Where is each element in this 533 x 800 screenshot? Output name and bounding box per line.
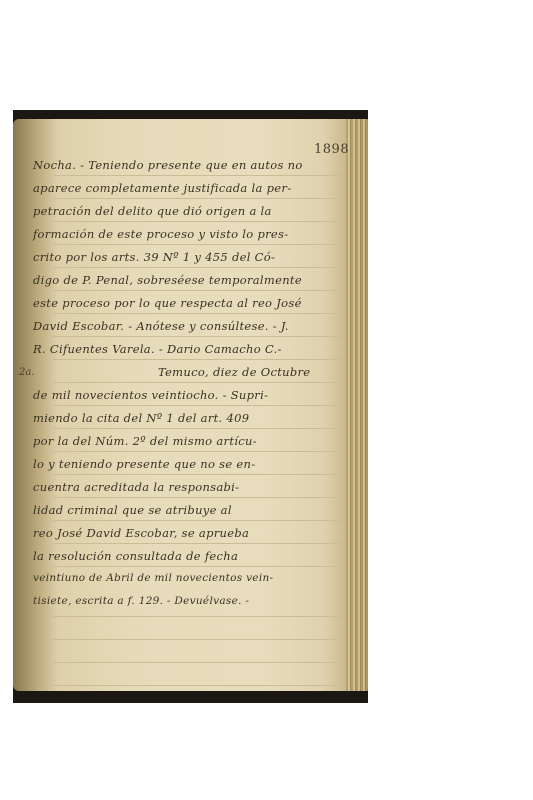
ruled-line bbox=[53, 616, 345, 617]
ruled-line bbox=[53, 405, 345, 406]
ruled-line bbox=[53, 520, 345, 521]
text-line: cuentra acreditada la responsabi- bbox=[33, 480, 239, 494]
ruled-line bbox=[53, 198, 345, 199]
ruled-line bbox=[53, 290, 345, 291]
text-line: veintiuno de Abril de mil novecientos ve… bbox=[33, 572, 273, 584]
ruled-line bbox=[53, 336, 345, 337]
ruled-line bbox=[53, 313, 345, 314]
ruled-line bbox=[53, 382, 345, 383]
text-line: aparece completamente justificada la per… bbox=[33, 181, 291, 195]
text-line: este proceso por lo que respecta al reo … bbox=[33, 296, 302, 310]
scanned-ledger-page: 1898 Nocha. - Teniendo presente que en a… bbox=[13, 110, 368, 703]
ruled-line bbox=[53, 685, 345, 686]
text-line: digo de P. Penal, sobreséese temporalmen… bbox=[33, 273, 302, 287]
text-line: Nocha. - Teniendo presente que en autos … bbox=[33, 158, 303, 172]
text-line: R. Cifuentes Varela. - Dario Camacho C.- bbox=[33, 342, 282, 356]
ruled-line bbox=[53, 359, 345, 360]
ruled-line bbox=[53, 543, 345, 544]
ruled-line bbox=[53, 639, 345, 640]
text-line: formación de este proceso y visto lo pre… bbox=[33, 227, 288, 241]
ruled-line bbox=[53, 428, 345, 429]
text-line: David Escobar. - Anótese y consúltese. -… bbox=[33, 319, 289, 333]
ruled-line bbox=[53, 474, 345, 475]
text-line: lo y teniendo presente que no se en- bbox=[33, 457, 255, 471]
text-line: miendo la cita del Nº 1 del art. 409 bbox=[33, 411, 249, 425]
ruled-line bbox=[53, 566, 345, 567]
text-line: reo José David Escobar, se aprueba bbox=[33, 526, 249, 540]
text-line: la resolución consultada de fecha bbox=[33, 549, 238, 563]
ruled-line bbox=[53, 451, 345, 452]
text-line: Temuco, diez de Octubre bbox=[158, 365, 310, 379]
ledger-page: 1898 Nocha. - Teniendo presente que en a… bbox=[13, 119, 368, 691]
text-line: de mil novecientos veintiocho. - Supri- bbox=[33, 388, 268, 402]
text-line: crito por los arts. 39 Nº 1 y 455 del Có… bbox=[33, 250, 275, 264]
margin-note: 2a. bbox=[19, 367, 35, 378]
ruled-line bbox=[53, 267, 345, 268]
ruled-line bbox=[53, 662, 345, 663]
text-line: lidad criminal que se atribuye al bbox=[33, 503, 232, 517]
text-line: petración del delito que dió origen a la bbox=[33, 204, 272, 218]
page-number: 1898 bbox=[314, 142, 349, 157]
ruled-line bbox=[53, 244, 345, 245]
ruled-line bbox=[53, 221, 345, 222]
page-edges bbox=[346, 119, 368, 691]
ruled-line bbox=[53, 497, 345, 498]
ruled-line bbox=[53, 175, 345, 176]
text-line: por la del Núm. 2º del mismo artícu- bbox=[33, 434, 257, 448]
